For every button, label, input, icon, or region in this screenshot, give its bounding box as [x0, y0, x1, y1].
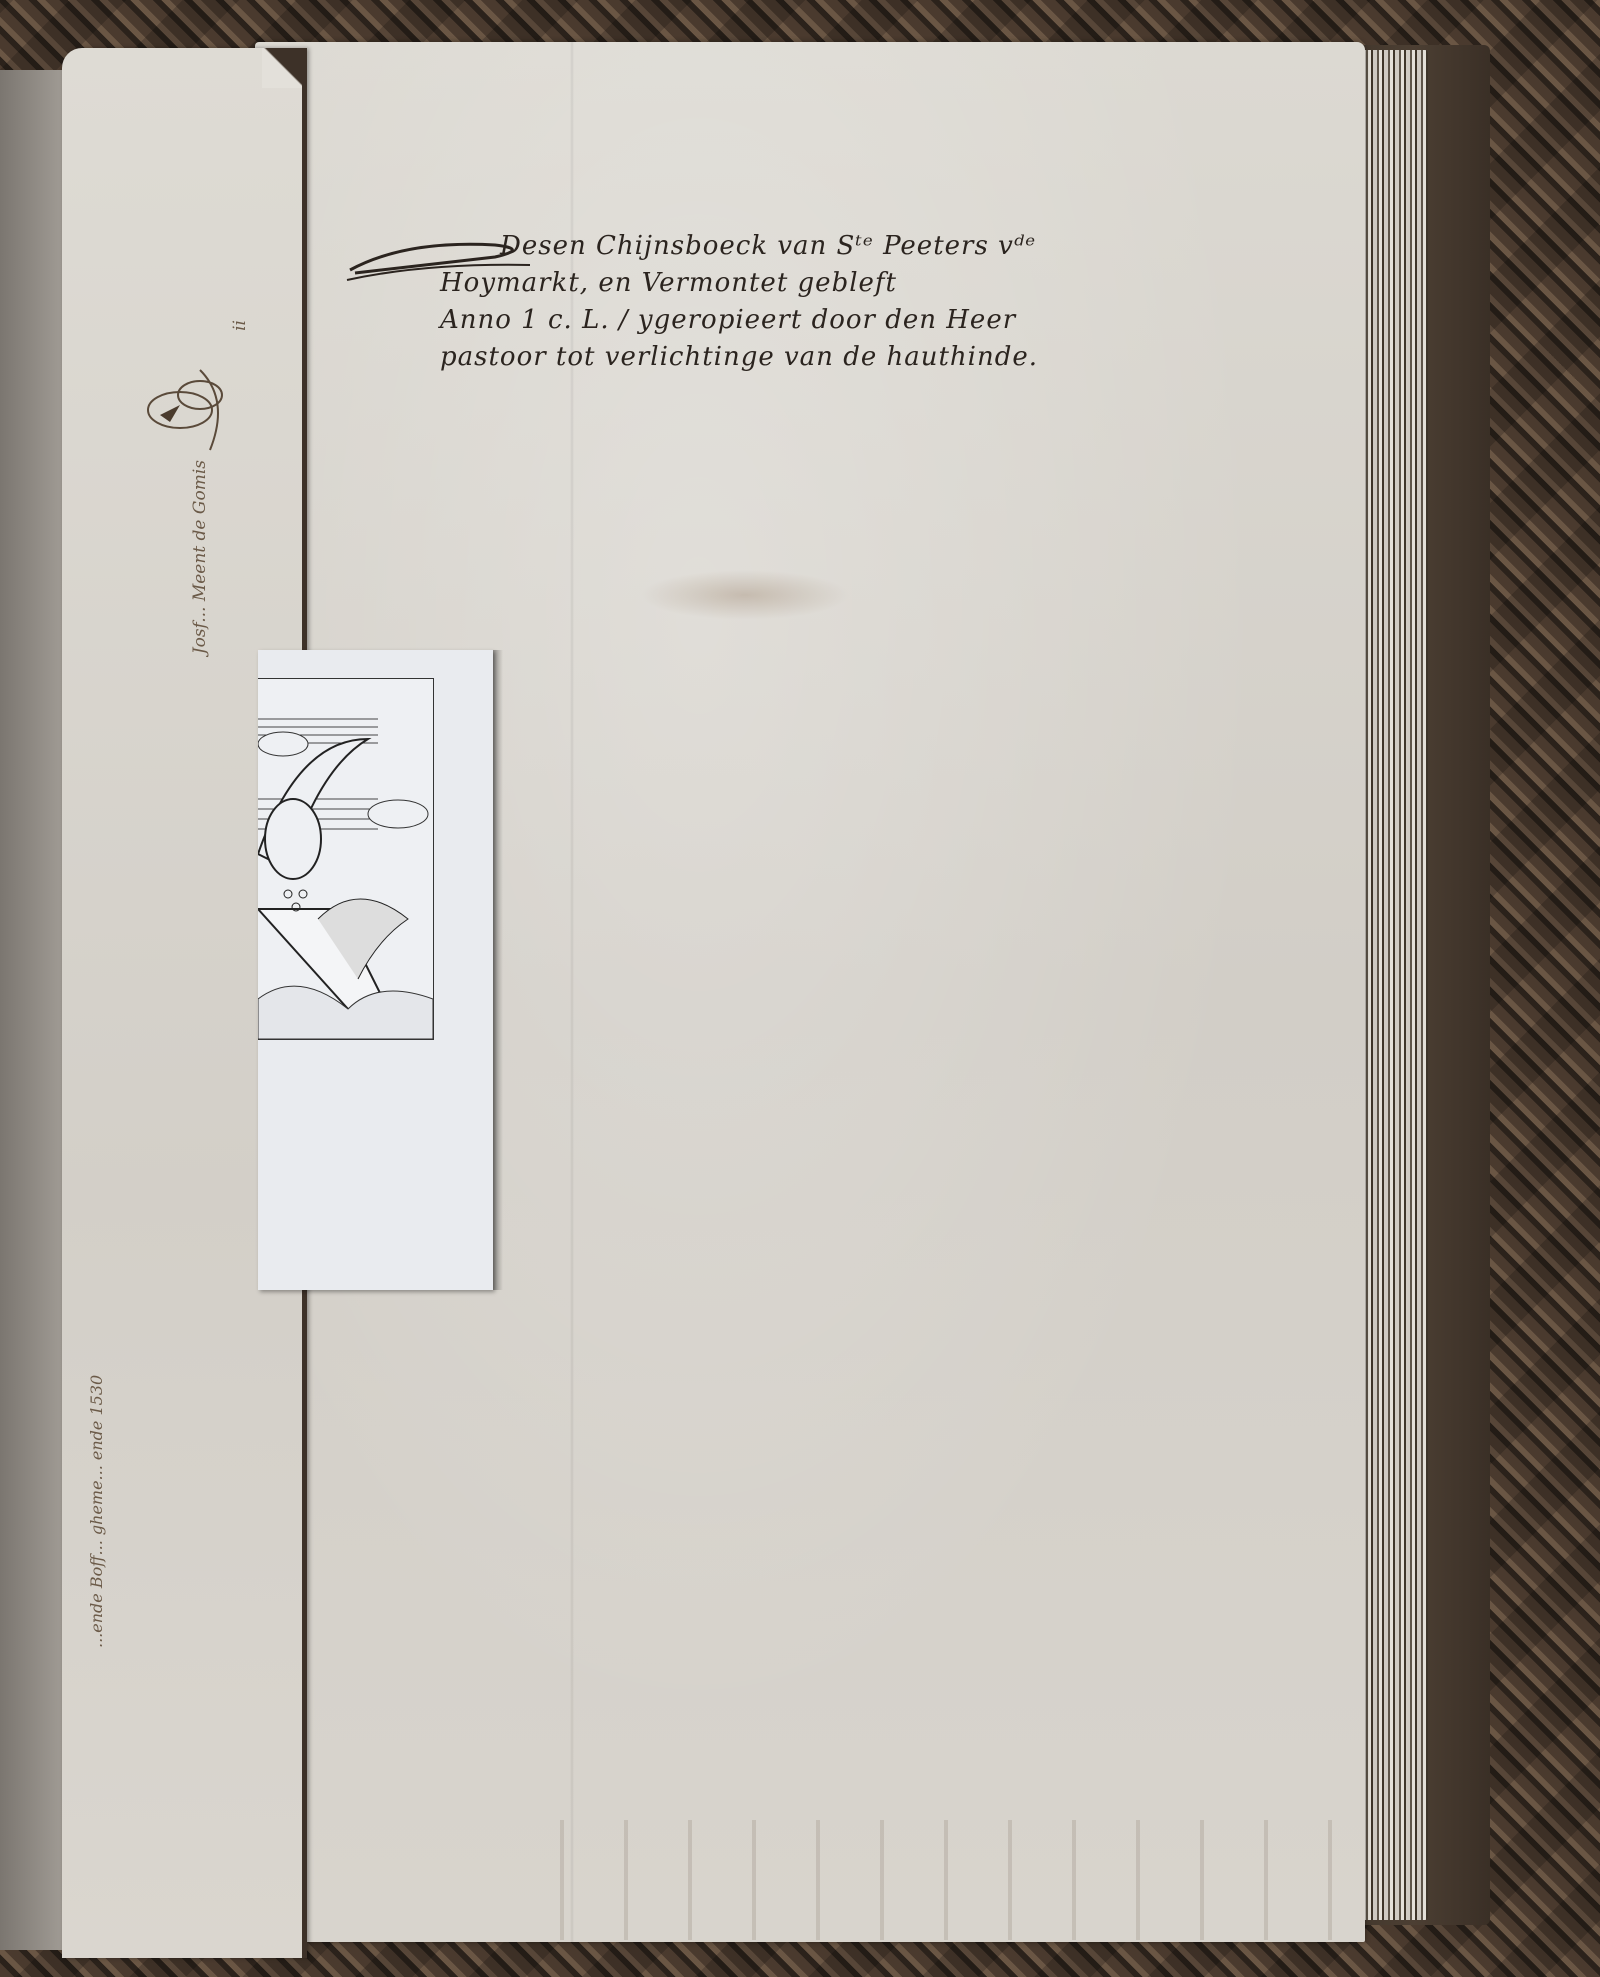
margin-note-text: Josf... Meent de Gomis	[190, 460, 210, 654]
bookmark-shadow	[493, 650, 503, 1290]
margin-note-text: ii	[230, 320, 250, 331]
printed-bookmark	[258, 650, 493, 1290]
flap-folded-corner	[262, 48, 302, 88]
heading-line: pastoor tot verlichtinge van de hauthind…	[350, 339, 1250, 376]
heading-line: Anno 1 c. L. / ygeropieert door den Heer	[350, 302, 1250, 339]
water-stain	[640, 570, 850, 620]
worn-bottom-edge	[500, 1820, 1360, 1940]
manuscript-heading: Desen Chijnsboeck van Sᵗᵉ Peeters vᵈᵉ Ho…	[350, 228, 1250, 376]
illustration-drawing-icon	[258, 679, 433, 1039]
heading-line: Hoymarkt, en Vermontet gebleft	[350, 265, 1250, 302]
monogram-flourish-icon	[140, 360, 250, 460]
illustration-initial-x	[258, 678, 434, 1040]
heading-line: Desen Chijnsboeck van Sᵗᵉ Peeters vᵈᵉ	[350, 228, 1250, 265]
